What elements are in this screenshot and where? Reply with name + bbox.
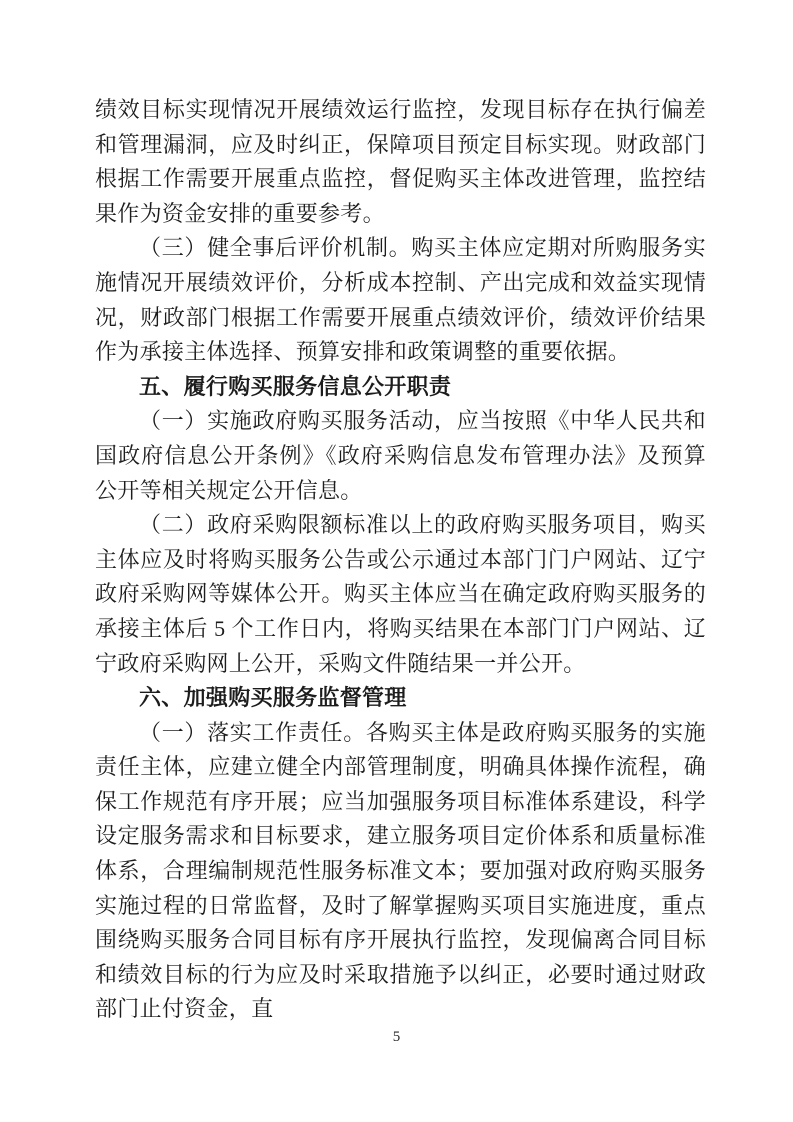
- page-footer: 5: [0, 1028, 793, 1046]
- paragraph: （一）实施政府购买服务活动，应当按照《中华人民共和国政府信息公开条例》《政府采购…: [95, 404, 706, 508]
- paragraph: （一）落实工作责任。各购买主体是政府购买服务的实施责任主体，应建立健全内部管理制…: [95, 716, 706, 1027]
- document-body: 绩效目标实现情况开展绩效运行监控，发现目标存在执行偏差和管理漏洞，应及时纠正，保…: [95, 93, 706, 1027]
- document-page: 绩效目标实现情况开展绩效运行监控，发现目标存在执行偏差和管理漏洞，应及时纠正，保…: [0, 0, 793, 1122]
- paragraph: （二）政府采购限额标准以上的政府购买服务项目，购买主体应及时将购买服务公告或公示…: [95, 508, 706, 681]
- section-heading: 六、加强购买服务监督管理: [95, 681, 706, 716]
- paragraph: 绩效目标实现情况开展绩效运行监控，发现目标存在执行偏差和管理漏洞，应及时纠正，保…: [95, 93, 706, 231]
- page-number: 5: [393, 1029, 401, 1045]
- paragraph: （三）健全事后评价机制。购买主体应定期对所购服务实施情况开展绩效评价，分析成本控…: [95, 231, 706, 369]
- section-heading: 五、履行购买服务信息公开职责: [95, 370, 706, 405]
